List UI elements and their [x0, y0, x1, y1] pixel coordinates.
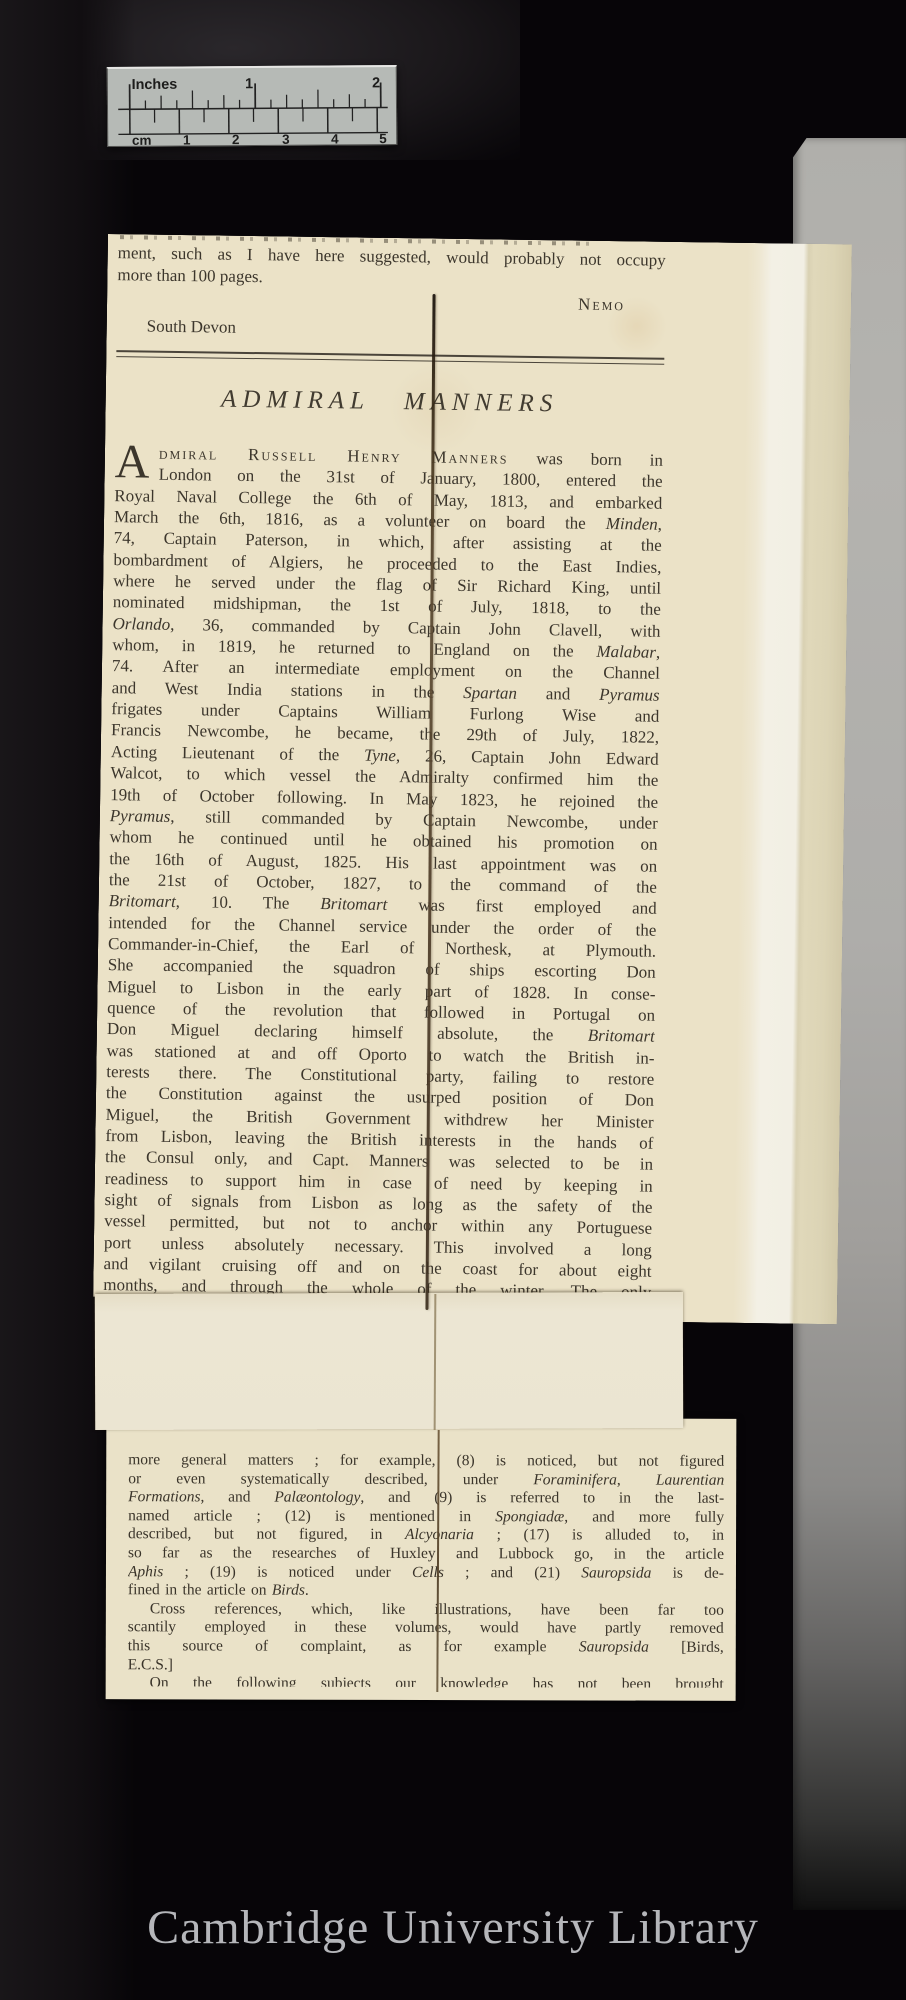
cm-number-3: 3 [282, 132, 290, 146]
ruler-svg: Inches 1 2 cm 1 2 3 4 5 [108, 67, 397, 146]
cm-label: cm [132, 133, 152, 146]
text-line: Formations, and Palæontology, and (9) is… [128, 1488, 724, 1508]
inches-label: Inches [131, 77, 177, 93]
article-lines: London on the 31st of January, 1800, ent… [103, 463, 663, 1303]
article-body: dmiral Russell Henry Manners was born in… [103, 442, 663, 1303]
cm-number-2: 2 [232, 132, 240, 146]
article-title: ADMIRAL MANNERS [116, 384, 664, 420]
location-line: South Devon [147, 317, 237, 338]
text-line: Aphis ; (19) is noticed under Cells ; an… [128, 1563, 724, 1583]
cm-number-1: 1 [183, 132, 191, 146]
text-line: or even systematically described, under … [128, 1470, 724, 1490]
cm-ticks [130, 108, 378, 135]
album-page-with-clipping: ment, such as I have here suggested, wou… [93, 234, 852, 1324]
text-line: named article ; (12) is mentioned in Spo… [128, 1507, 724, 1527]
nemo-signature: Nemo [117, 288, 625, 315]
photograph-scene: Inches 1 2 cm 1 2 3 4 5 ment, such as I … [0, 0, 906, 2000]
inch-number-2: 2 [372, 75, 380, 91]
text-line: described, but not figured, in Alcyonari… [128, 1526, 724, 1546]
clipping-lines: more general matters ; for example, (8) … [128, 1451, 725, 1688]
text-line: scantily employed in these volumes, woul… [128, 1619, 724, 1639]
cm-number-4: 4 [331, 131, 339, 146]
text-line: Cross references, which, like illustrati… [128, 1600, 724, 1620]
text-line: more general matters ; for example, (8) … [128, 1451, 724, 1471]
double-rule-divider [116, 350, 664, 365]
measuring-ruler: Inches 1 2 cm 1 2 3 4 5 [107, 65, 398, 147]
opening-rest: was born in [508, 449, 663, 470]
text-line: this source of complaint, as for example… [128, 1637, 724, 1657]
library-caption: Cambridge University Library [0, 1900, 906, 1955]
inch-number-1: 1 [245, 76, 253, 92]
ruler-bottom-line [118, 133, 387, 135]
cm-number-5: 5 [379, 131, 387, 146]
text-line: On the following subjects our knowledge … [128, 1674, 724, 1688]
text-line: so far as the researches of Huxley and L… [128, 1544, 724, 1564]
lower-clipping: more general matters ; for example, (8) … [106, 1417, 737, 1701]
blank-overlapping-sheet [95, 1292, 683, 1430]
text-line: E.C.S.] [128, 1656, 724, 1676]
text-line: fined in the article on Birds. [128, 1581, 724, 1601]
